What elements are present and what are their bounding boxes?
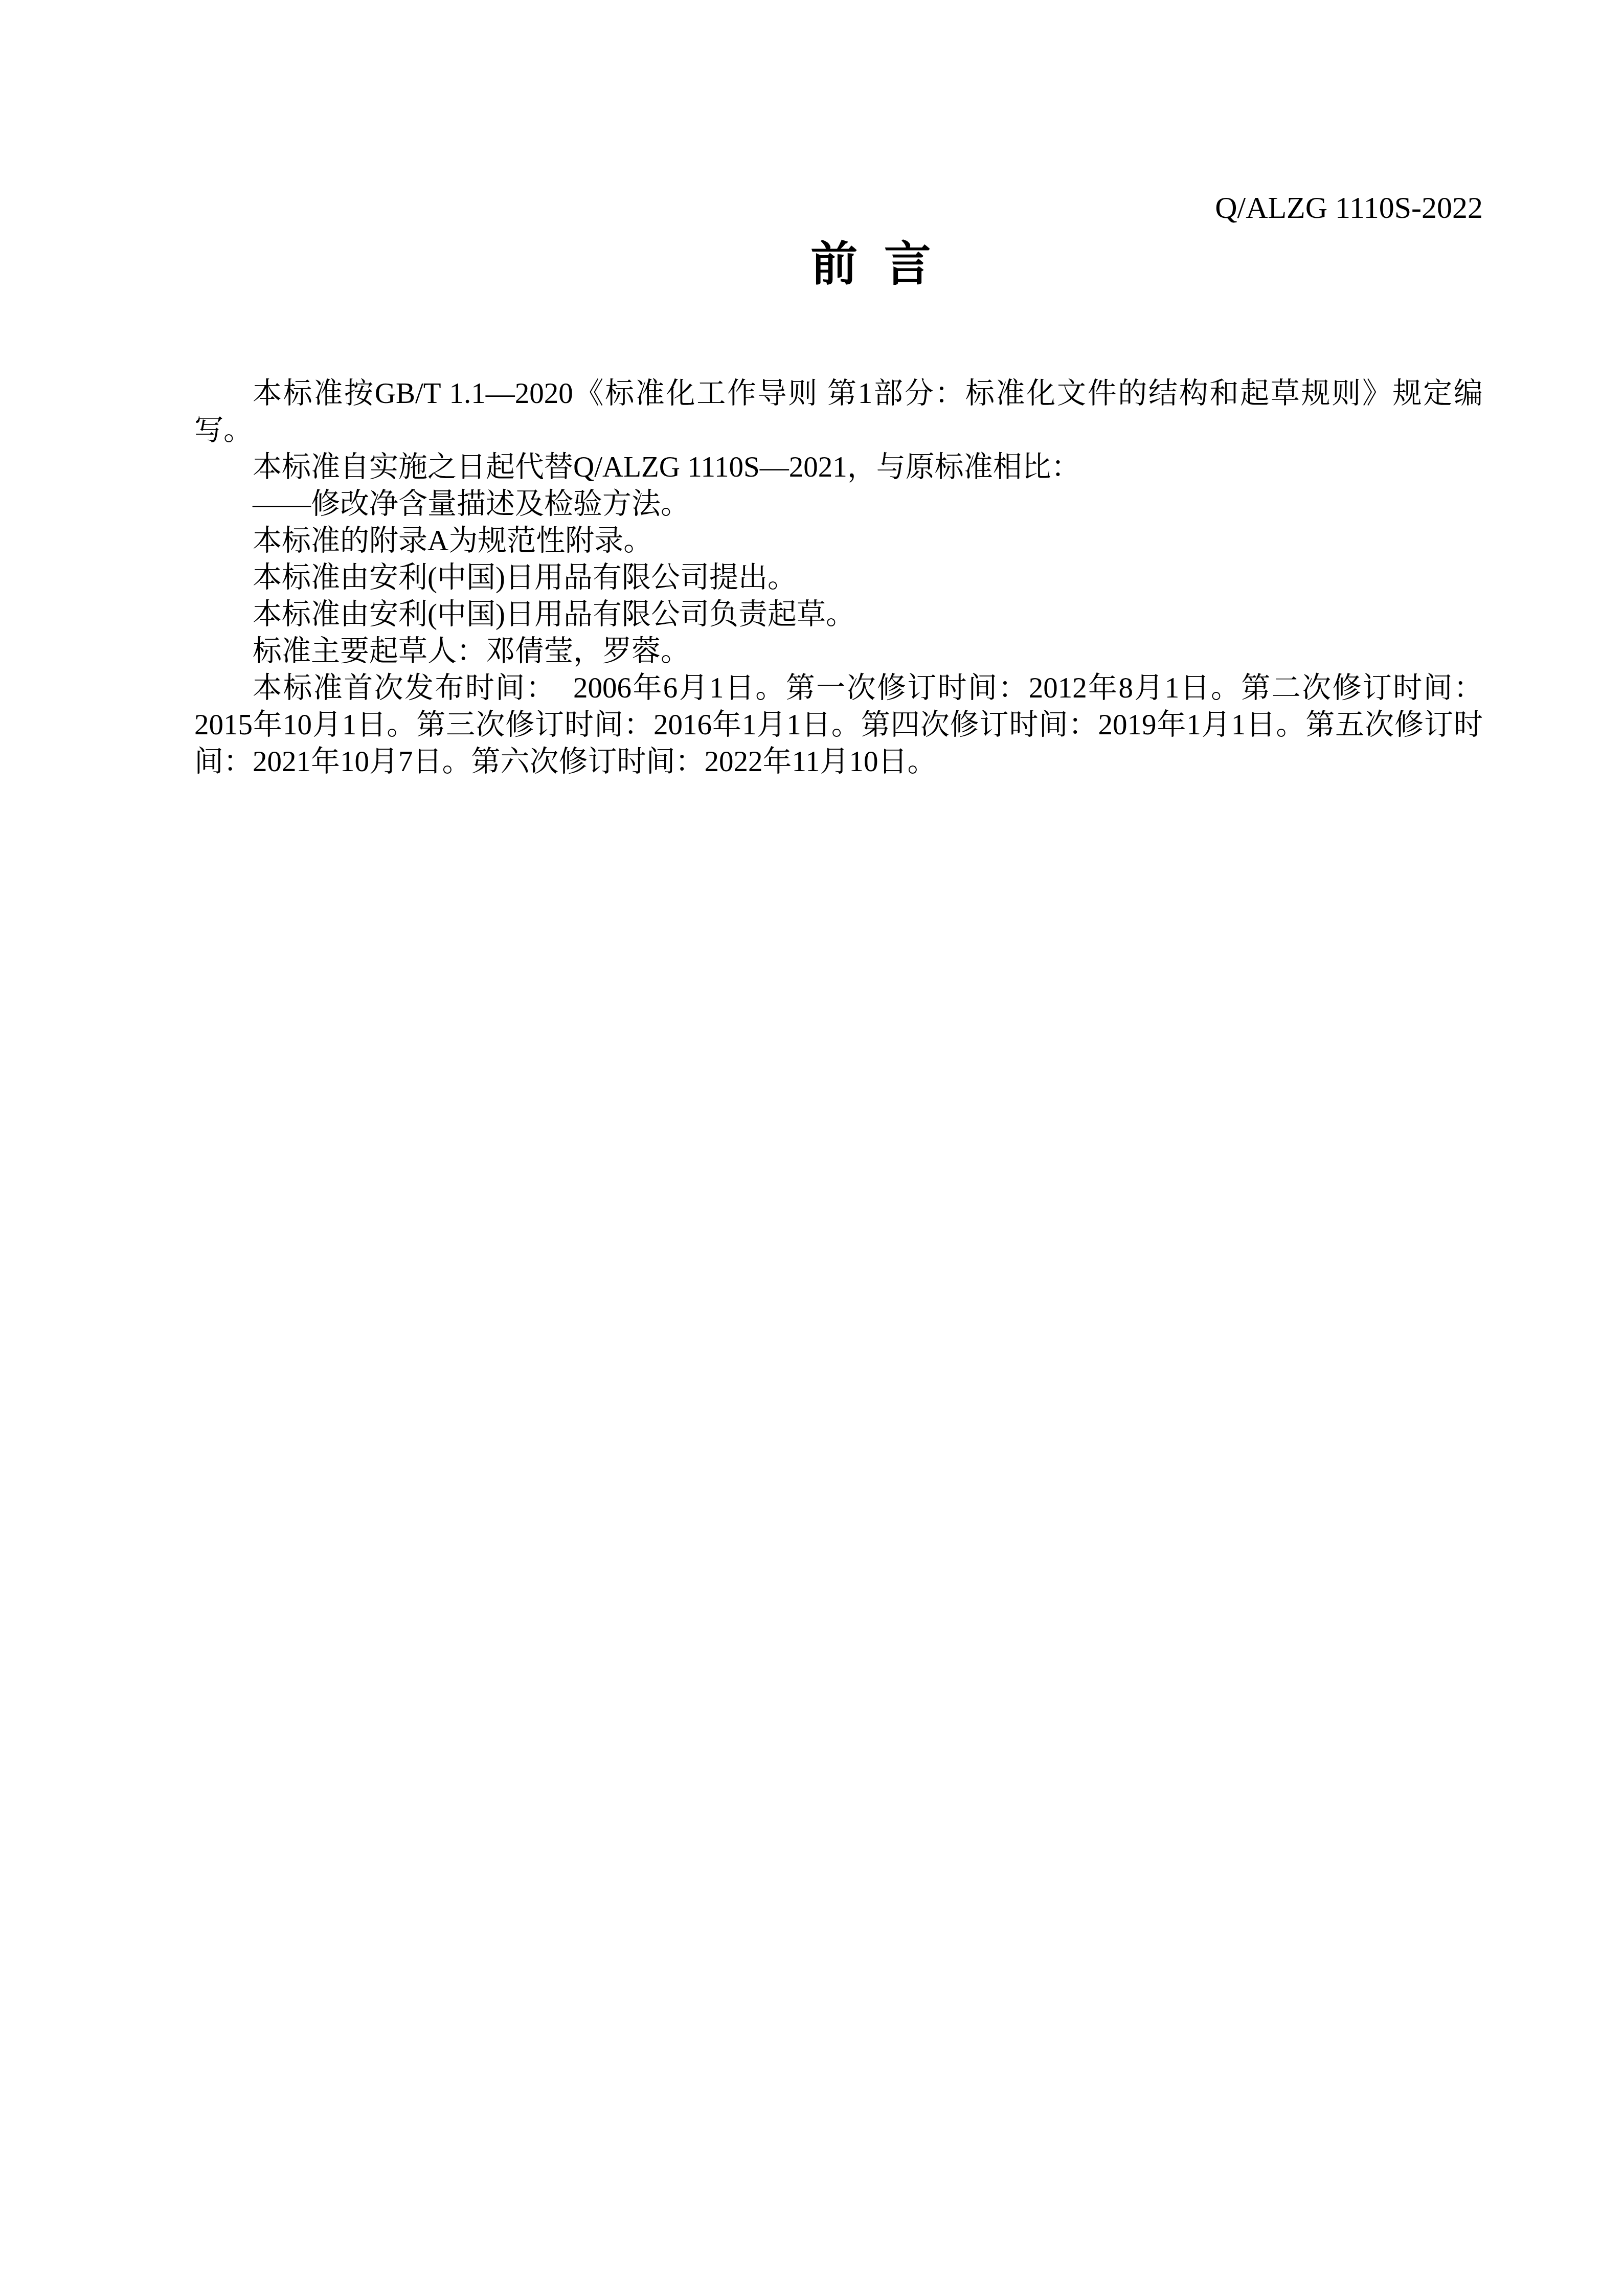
foreword-paragraph-7: 标准主要起草人：邓倩莹，罗蓉。 — [194, 633, 1483, 670]
document-page: Q/ALZG 1110S-2022 前 言 本标准按GB/T 1.1—2020《… — [0, 0, 1624, 2296]
foreword-paragraph-2: 本标准自实施之日起代替Q/ALZG 1110S—2021，与原标准相比： — [194, 449, 1483, 486]
foreword-paragraph-3: ——修改净含量描述及检验方法。 — [194, 486, 1483, 523]
standard-code-header: Q/ALZG 1110S-2022 — [194, 190, 1483, 226]
foreword-paragraph-5: 本标准由安利(中国)日用品有限公司提出。 — [194, 559, 1483, 596]
foreword-paragraph-1: 本标准按GB/T 1.1—2020《标准化工作导则 第1部分：标准化文件的结构和… — [194, 375, 1483, 449]
foreword-paragraph-8: 本标准首次发布时间： 2006年6月1日。第一次修订时间：2012年8月1日。第… — [194, 670, 1483, 780]
foreword-paragraph-4: 本标准的附录A为规范性附录。 — [194, 523, 1483, 559]
page-title: 前 言 — [118, 236, 1624, 292]
foreword-paragraph-6: 本标准由安利(中国)日用品有限公司负责起草。 — [194, 596, 1483, 633]
foreword-body: 本标准按GB/T 1.1—2020《标准化工作导则 第1部分：标准化文件的结构和… — [194, 375, 1483, 780]
